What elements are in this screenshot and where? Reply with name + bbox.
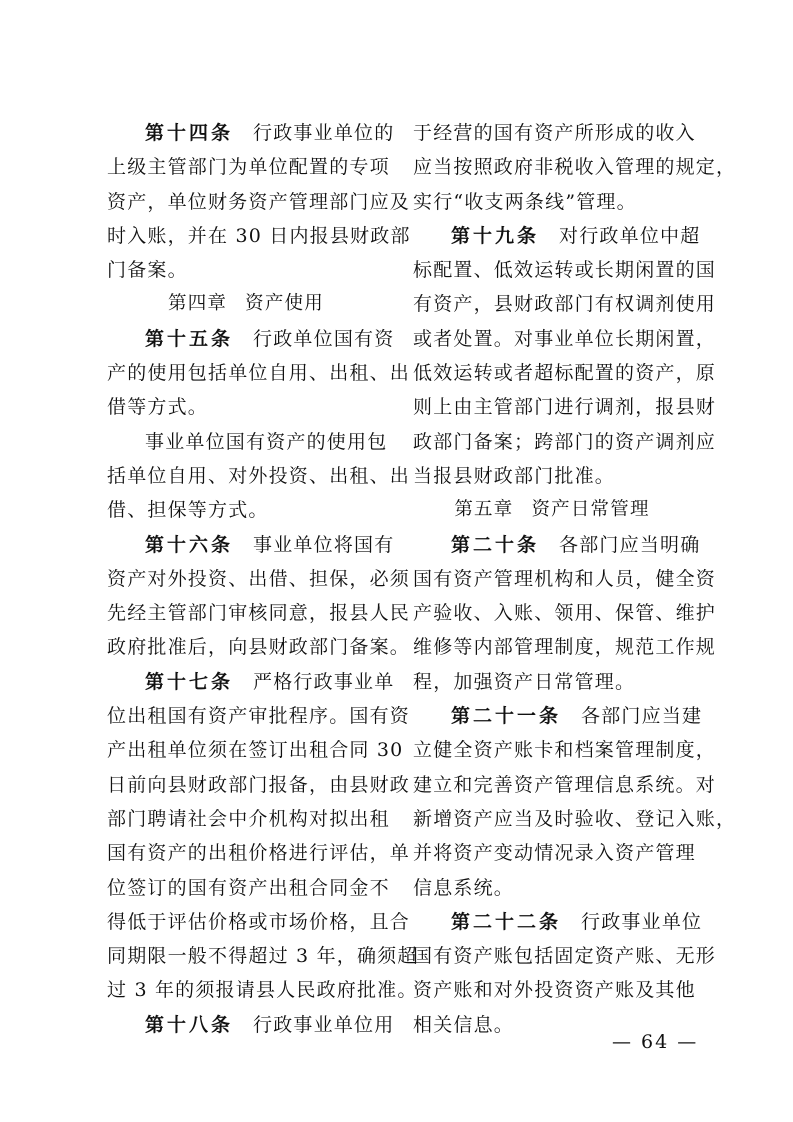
article-first-line: 第二十二条行政事业单位: [413, 905, 691, 939]
text-line: 部门聘请社会中介机构对拟出租: [107, 802, 385, 836]
article-text: 对行政单位中超: [559, 225, 700, 247]
article-text: 各部门应当明确: [559, 534, 700, 556]
article-first-line: 第十七条严格行政事业单: [107, 665, 385, 699]
chapter-title: 资产使用: [245, 293, 324, 314]
article-number: 第十六条: [145, 534, 233, 556]
text-line: 产验收、入账、领用、保管、维护: [413, 596, 691, 630]
text-line: 低效运转或者超标配置的资产，原: [413, 356, 691, 390]
text-line: 位出租国有资产审批程序。国有资: [107, 699, 385, 733]
text-line: 并将资产变动情况录入资产管理: [413, 836, 691, 870]
article-first-line: 第十九条对行政单位中超: [413, 219, 691, 253]
text-line: 门备案。: [107, 253, 385, 287]
text-line: 过 3 年的须报请县人民政府批准。: [107, 973, 385, 1007]
text-line: 借等方式。: [107, 390, 385, 424]
chapter-title: 资产日常管理: [531, 499, 649, 520]
text-line: 位签订的国有资产出租合同金不: [107, 871, 385, 905]
article-number: 第十八条: [145, 1014, 233, 1036]
article-first-line: 第二十条各部门应当明确: [413, 528, 691, 562]
text-line: 国有资产管理机构和人员，健全资: [413, 562, 691, 596]
text-line: 时入账，并在 30 日内报县财政部: [107, 219, 385, 253]
text-line: 立健全资产账卡和档案管理制度，: [413, 733, 691, 767]
article-first-line: 第二十一条各部门应当建: [413, 699, 691, 733]
article-text: 行政事业单位: [581, 911, 702, 933]
article-text: 各部门应当建: [581, 705, 702, 727]
text-line: 政府批准后，向县财政部门备案。: [107, 630, 385, 664]
text-line: 资产，单位财务资产管理部门应及: [107, 185, 385, 219]
article-text: 行政事业单位的: [253, 122, 394, 144]
text-line: 上级主管部门为单位配置的专项: [107, 150, 385, 184]
page-number: — 64 —: [612, 1031, 698, 1053]
article-text: 行政事业单位用: [253, 1014, 394, 1036]
article-number: 第十七条: [145, 671, 233, 693]
text-line: 新增资产应当及时验收、登记入账，: [413, 802, 691, 836]
text-line: 应当按照政府非税收入管理的规定，: [413, 150, 691, 184]
chapter-number: 第五章: [454, 499, 513, 520]
text-line: 当报县财政部门批准。: [413, 459, 691, 493]
article-number: 第二十二条: [451, 911, 561, 933]
text-line: 借、担保等方式。: [107, 493, 385, 527]
text-line: 实行“收支两条线”管理。: [413, 185, 691, 219]
article-first-line: 第十六条事业单位将国有: [107, 528, 385, 562]
text-line: 信息系统。: [413, 871, 691, 905]
left-column: 第十四条行政事业单位的上级主管部门为单位配置的专项资产，单位财务资产管理部门应及…: [107, 116, 385, 1042]
article-number: 第十四条: [145, 122, 233, 144]
text-line: 政部门备案；跨部门的资产调剂应: [413, 425, 691, 459]
text-line: 先经主管部门审核同意，报县人民: [107, 596, 385, 630]
chapter-heading: 第五章资产日常管理: [413, 493, 691, 527]
text-line: 或者处置。对事业单位长期闲置，: [413, 322, 691, 356]
paragraph-first-line: 事业单位国有资产的使用包: [107, 425, 385, 459]
text-line: 日前向县财政部门报备，由县财政: [107, 768, 385, 802]
article-text: 严格行政事业单: [253, 671, 394, 693]
text-line: 标配置、低效运转或长期闲置的国: [413, 253, 691, 287]
text-line: 则上由主管部门进行调剂，报县财: [413, 390, 691, 424]
text-line: 资产对外投资、出借、担保，必须: [107, 562, 385, 596]
article-text: 事业单位将国有: [253, 534, 394, 556]
text-line: 建立和完善资产管理信息系统。对: [413, 768, 691, 802]
text-line: 产的使用包括单位自用、出租、出: [107, 356, 385, 390]
text-line: 有资产，县财政部门有权调剂使用: [413, 287, 691, 321]
article-text: 行政单位国有资: [253, 328, 394, 350]
text-line: 产出租单位须在签订出租合同 30: [107, 733, 385, 767]
text-line: 于经营的国有资产所形成的收入: [413, 116, 691, 150]
chapter-heading: 第四章资产使用: [107, 287, 385, 321]
right-column: 于经营的国有资产所形成的收入应当按照政府非税收入管理的规定，实行“收支两条线”管…: [413, 116, 691, 1042]
text-line: 资产账和对外投资资产账及其他: [413, 973, 691, 1007]
article-first-line: 第十八条行政事业单位用: [107, 1008, 385, 1042]
article-number: 第十五条: [145, 328, 233, 350]
text-line: 程，加强资产日常管理。: [413, 665, 691, 699]
article-number: 第二十一条: [451, 705, 561, 727]
article-first-line: 第十五条行政单位国有资: [107, 322, 385, 356]
text-line: 国有资产账包括固定资产账、无形: [413, 939, 691, 973]
chapter-number: 第四章: [168, 293, 227, 314]
text-line: 同期限一般不得超过 3 年，确须超: [107, 939, 385, 973]
text-line: 国有资产的出租价格进行评估，单: [107, 836, 385, 870]
article-number: 第二十条: [451, 534, 539, 556]
text-line: 得低于评估价格或市场价格，且合: [107, 905, 385, 939]
article-first-line: 第十四条行政事业单位的: [107, 116, 385, 150]
article-number: 第十九条: [451, 225, 539, 247]
text-line: 括单位自用、对外投资、出租、出: [107, 459, 385, 493]
text-line: 维修等内部管理制度，规范工作规: [413, 630, 691, 664]
